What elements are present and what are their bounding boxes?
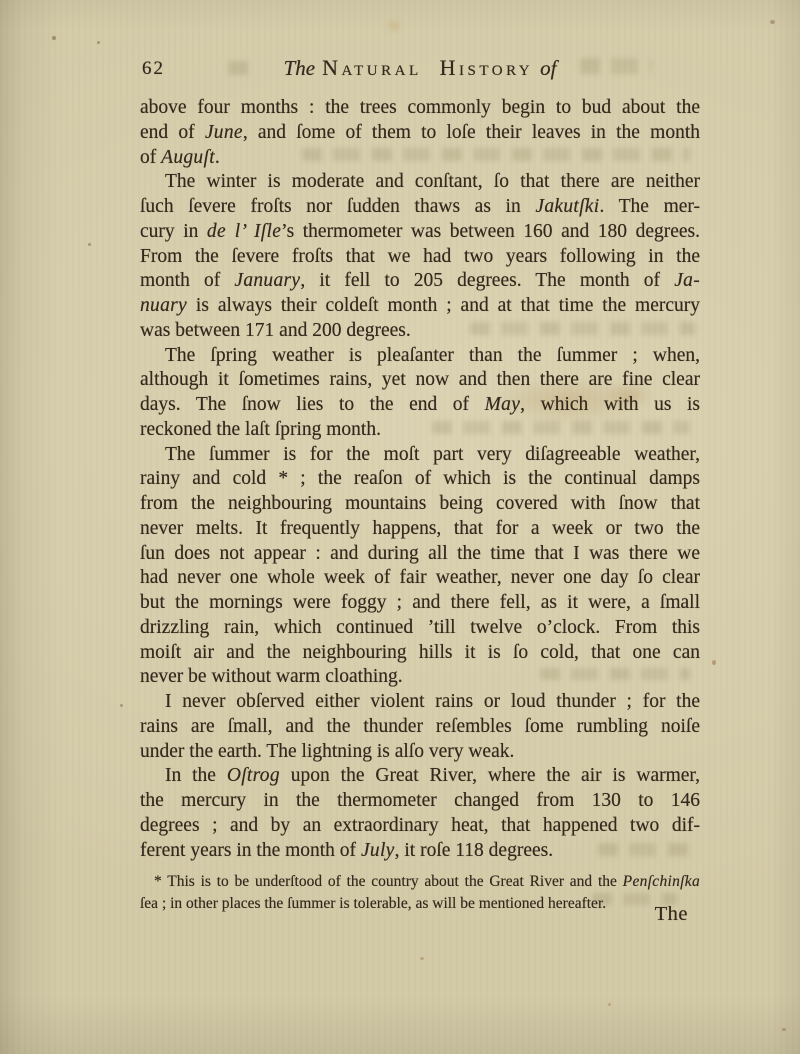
italic-text-segment: May (485, 394, 521, 415)
text-segment: * This is to be underſtood of the countr… (154, 873, 623, 890)
text-segment: The ſummer is for the moſt part very diſ… (165, 444, 700, 465)
text-segment: , it roſe 118 degrees. (395, 840, 553, 861)
text-segment: , and ſome of them to loſe their leaves … (243, 122, 700, 143)
text-segment: had never one whole week of fair weather… (140, 567, 700, 588)
text-segment: From the ſevere froſts that we had two y… (140, 246, 700, 267)
text-segment: drizzling rain, which continued ’till tw… (140, 617, 700, 638)
text-line: of Auguſt. (140, 146, 700, 171)
text-segment: end of (140, 122, 205, 143)
page-number: 62 (142, 58, 165, 80)
text-line: was between 171 and 200 degrees. (140, 319, 700, 344)
text-line: had never one whole week of fair weather… (140, 566, 700, 591)
text-line: I never obſerved either violent rains or… (140, 690, 700, 715)
text-segment: The winter is moderate and conſtant, ſo … (165, 171, 700, 192)
text-segment: is always their coldeſt month ; and at t… (187, 295, 700, 316)
italic-text-segment: Penſchinſka (623, 873, 700, 890)
italic-text-segment: Auguſt (161, 147, 215, 168)
catchword-row: The (140, 903, 700, 926)
running-head-lead: The (284, 56, 316, 80)
text-line: from the neighbouring mountains being co… (140, 492, 700, 517)
text-segment: I never obſerved either violent rains or… (165, 691, 700, 712)
text-line: ferent years in the month of July, it ro… (140, 839, 700, 864)
foxing-spot (88, 243, 91, 246)
text-segment: , which with us is (520, 394, 700, 415)
text-line: the mercury in the thermometer changed f… (140, 789, 700, 814)
text-segment: ’s thermometer was between 160 and 180 d… (281, 221, 700, 242)
text-segment: ſuch ſevere froſts nor ſudden thaws as i… (140, 196, 535, 217)
text-line: degrees ; and by an extraordinary heat, … (140, 814, 700, 839)
running-head: 62 TheNatural Historyof (140, 55, 700, 85)
text-line: nuary is always their coldeſt month ; an… (140, 294, 700, 319)
foxing-spot (608, 1003, 611, 1006)
text-segment: ferent years in the month of (140, 840, 361, 861)
text-segment: but the mornings were foggy ; and there … (140, 592, 700, 613)
text-line: rainy and cold * ; the reaſon of which i… (140, 467, 700, 492)
text-segment: cury in (140, 221, 207, 242)
text-segment: rainy and cold * ; the reaſon of which i… (140, 468, 700, 489)
text-segment: rains are ſmall, and the thunder reſembl… (140, 716, 700, 737)
text-segment: reckoned the laſt ſpring month. (140, 419, 381, 440)
text-line: reckoned the laſt ſpring month. (140, 418, 700, 443)
text-segment: from the neighbouring mountains being co… (140, 493, 700, 514)
text-line: but the mornings were foggy ; and there … (140, 591, 700, 616)
foxing-spot (782, 1028, 786, 1031)
text-segment: under the earth. The lightning is alſo v… (140, 741, 514, 762)
text-line: The winter is moderate and conſtant, ſo … (140, 170, 700, 195)
body-text: above four months : the trees commonly b… (140, 96, 700, 863)
foxing-spot (97, 41, 100, 44)
text-line: never melts. It frequently happens, that… (140, 517, 700, 542)
text-segment: month of (140, 270, 234, 291)
text-segment: of (140, 147, 161, 168)
italic-text-segment: January (234, 270, 300, 291)
italic-text-segment: Ja- (674, 270, 700, 291)
foxing-spot (770, 20, 775, 24)
text-line: The ſummer is for the moſt part very diſ… (140, 443, 700, 468)
text-line: The ſpring weather is pleaſanter than th… (140, 344, 700, 369)
text-segment: ſun does not appear : and during all the… (140, 543, 700, 564)
text-segment: moiſt air and the neighbouring hills it … (140, 642, 700, 663)
text-segment: days. The ſnow lies to the end of (140, 394, 485, 415)
text-line: month of January, it fell to 205 degrees… (140, 269, 700, 294)
text-segment: In the (165, 765, 227, 786)
text-line: cury in de l’ Iſle’s thermometer was bet… (140, 220, 700, 245)
running-head-main: Natural History (322, 55, 533, 80)
foxing-spot (52, 36, 56, 40)
italic-text-segment: nuary (140, 295, 187, 316)
book-page: 62 TheNatural Historyof above four month… (0, 0, 800, 1054)
text-line: above four months : the trees commonly b… (140, 96, 700, 121)
text-segment: never be without warm cloathing. (140, 666, 403, 687)
foxing-spot (712, 660, 716, 665)
text-segment: was between 171 and 200 degrees. (140, 320, 411, 341)
text-line: In the Oſtrog upon the Great River, wher… (140, 764, 700, 789)
text-line: although it ſometimes rains, yet now and… (140, 368, 700, 393)
italic-text-segment: Jakutſki (535, 196, 599, 217)
foxing-spot (420, 957, 424, 960)
italic-text-segment: June (205, 122, 243, 143)
text-segment: although it ſometimes rains, yet now and… (140, 369, 700, 390)
text-line: rains are ſmall, and the thunder reſembl… (140, 715, 700, 740)
text-segment: degrees ; and by an extraordinary heat, … (140, 815, 700, 836)
text-line: moiſt air and the neighbouring hills it … (140, 641, 700, 666)
text-segment: . (215, 147, 220, 168)
text-line: ſuch ſevere froſts nor ſudden thaws as i… (140, 195, 700, 220)
catchword: The (655, 903, 688, 925)
text-line: never be without warm cloathing. (140, 665, 700, 690)
text-segment: . The mer- (599, 196, 700, 217)
running-head-trail: of (540, 56, 556, 80)
italic-text-segment: de l’ Iſle (207, 221, 281, 242)
foxing-spot (120, 704, 123, 707)
text-line: drizzling rain, which continued ’till tw… (140, 616, 700, 641)
text-segment: The ſpring weather is pleaſanter than th… (165, 345, 700, 366)
text-segment: , it fell to 205 degrees. The month of (300, 270, 674, 291)
text-segment: upon the Great River, where the air is w… (280, 765, 700, 786)
text-line: ſun does not appear : and during all the… (140, 542, 700, 567)
text-line: From the ſevere froſts that we had two y… (140, 245, 700, 270)
text-line: * This is to be underſtood of the countr… (140, 871, 700, 893)
italic-text-segment: Oſtrog (227, 765, 280, 786)
text-line: days. The ſnow lies to the end of May, w… (140, 393, 700, 418)
text-segment: above four months : the trees commonly b… (140, 97, 700, 118)
paper-stain (386, 20, 402, 32)
text-line: under the earth. The lightning is alſo v… (140, 740, 700, 765)
text-segment: never melts. It frequently happens, that… (140, 518, 700, 539)
text-line: end of June, and ſome of them to loſe th… (140, 121, 700, 146)
italic-text-segment: July (361, 840, 395, 861)
text-segment: the mercury in the thermometer changed f… (140, 790, 700, 811)
running-head-title: TheNatural Historyof (277, 58, 564, 80)
